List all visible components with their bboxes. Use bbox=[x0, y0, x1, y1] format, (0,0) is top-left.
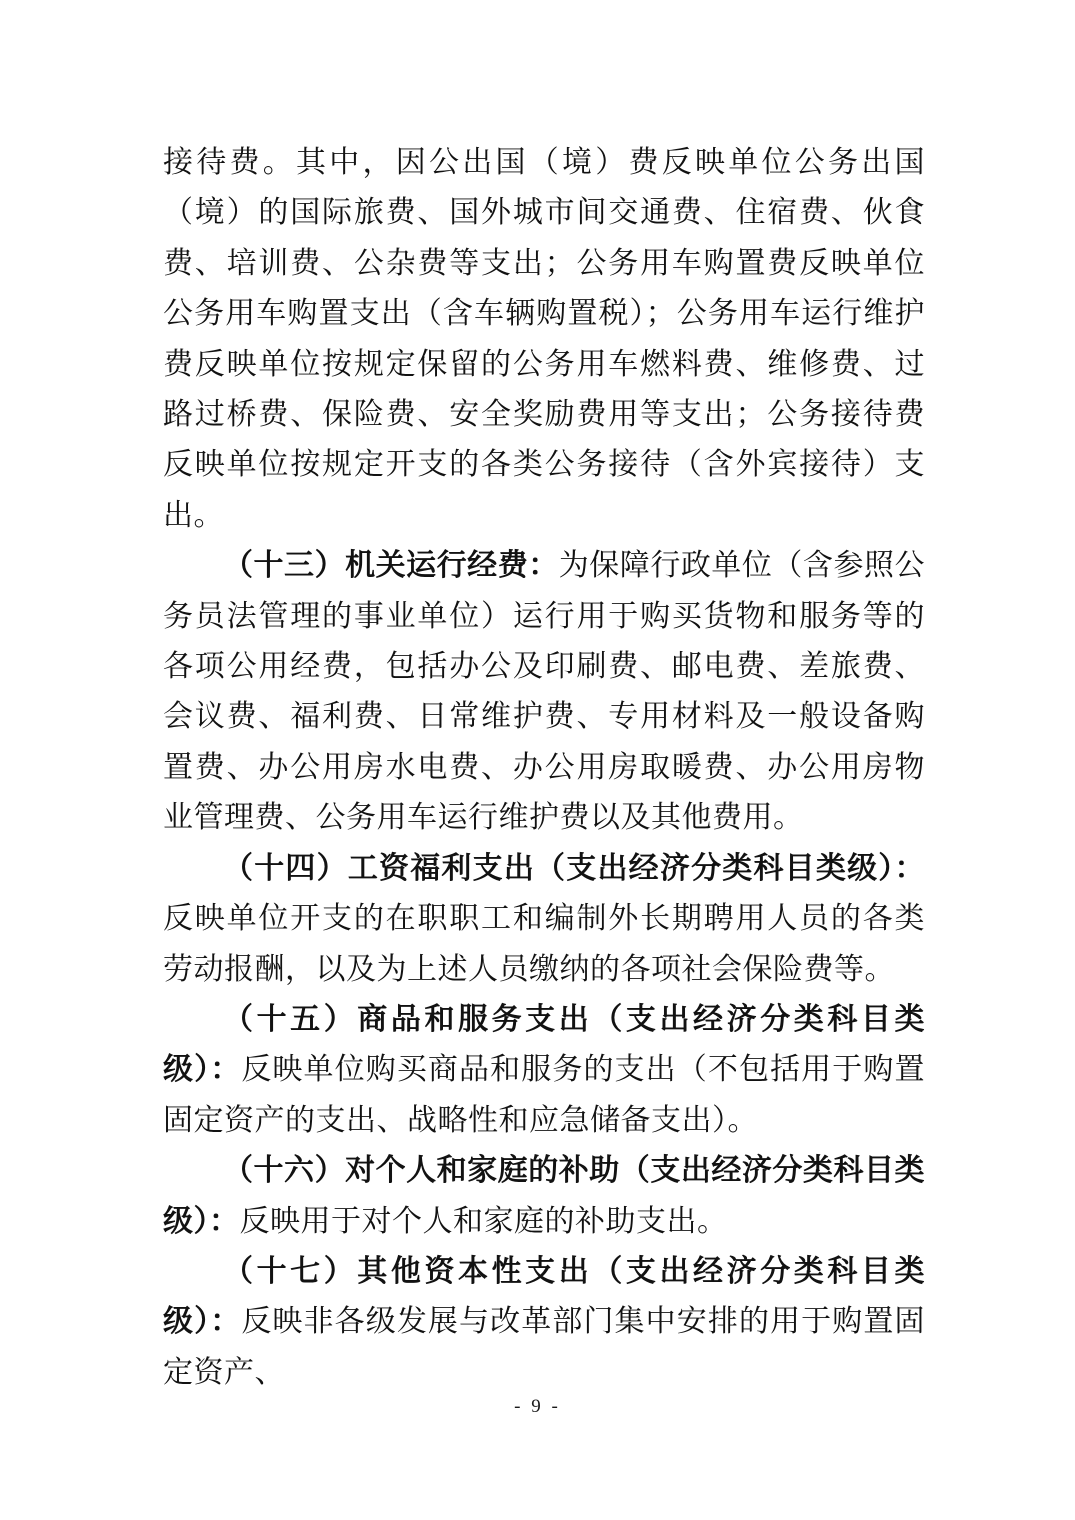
document-text-block: 接待费。其中，因公出国（境）费反映单位公务出国（境）的国际旅费、国外城市间交通费… bbox=[163, 138, 925, 1398]
paragraph-lead: （十四）工资福利支出（支出经济分类科目类级）： bbox=[223, 852, 925, 885]
paragraph-body: 接待费。其中，因公出国（境）费反映单位公务出国（境）的国际旅费、国外城市间交通费… bbox=[163, 146, 925, 532]
document-paragraph: （十三）机关运行经费：为保障行政单位（含参照公务员法管理的事业单位）运行用于购买… bbox=[163, 541, 925, 843]
document-page: 接待费。其中，因公出国（境）费反映单位公务出国（境）的国际旅费、国外城市间交通费… bbox=[0, 0, 1075, 1520]
document-paragraph: （十五）商品和服务支出（支出经济分类科目类级）：反映单位购买商品和服务的支出（不… bbox=[163, 995, 925, 1146]
paragraph-body: 反映单位开支的在职职工和编制外长期聘用人员的各类劳动报酬，以及为上述人员缴纳的各… bbox=[163, 902, 925, 985]
document-paragraph: （十六）对个人和家庭的补助（支出经济分类科目类级）：反映用于对个人和家庭的补助支… bbox=[163, 1146, 925, 1247]
paragraph-body: 反映单位购买商品和服务的支出（不包括用于购置固定资产的支出、战略性和应急储备支出… bbox=[163, 1053, 925, 1136]
paragraph-lead: （十三）机关运行经费： bbox=[223, 549, 559, 582]
page-number: - 9 - bbox=[514, 1396, 561, 1417]
paragraph-body: 反映用于对个人和家庭的补助支出。 bbox=[240, 1205, 728, 1238]
document-paragraph: （十七）其他资本性支出（支出经济分类科目类级）：反映非各级发展与改革部门集中安排… bbox=[163, 1247, 925, 1398]
paragraph-body: 为保障行政单位（含参照公务员法管理的事业单位）运行用于购买货物和服务等的各项公用… bbox=[163, 549, 925, 834]
document-paragraph: 接待费。其中，因公出国（境）费反映单位公务出国（境）的国际旅费、国外城市间交通费… bbox=[163, 138, 925, 541]
document-paragraph: （十四）工资福利支出（支出经济分类科目类级）：反映单位开支的在职职工和编制外长期… bbox=[163, 844, 925, 995]
paragraph-body: 反映非各级发展与改革部门集中安排的用于购置固定资产、 bbox=[163, 1305, 925, 1388]
page-footer: - 9 - bbox=[0, 1396, 1075, 1418]
